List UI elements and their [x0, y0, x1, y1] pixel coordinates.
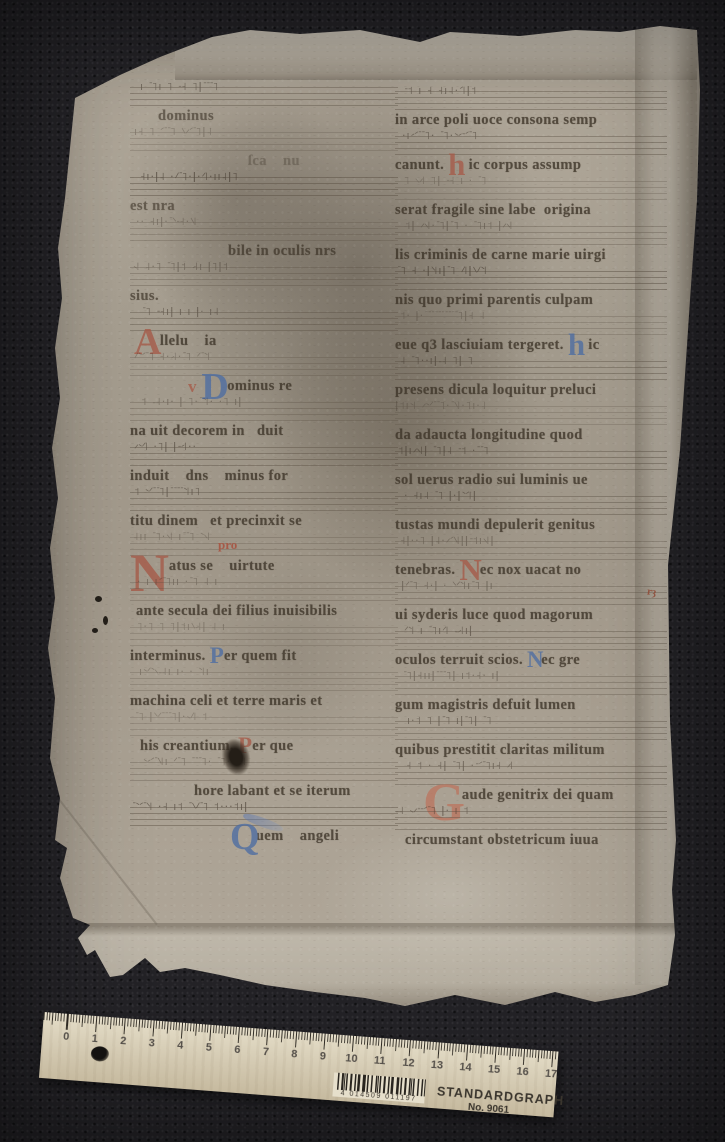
- ruler-number: 11: [373, 1054, 386, 1067]
- chant-text: atus se uirtute: [169, 558, 275, 574]
- dark-speck: [92, 628, 98, 633]
- music-staff: ˦· ǀ·˥˥˥˥˥˥˥˥˥˥˥ǀ˧ ˨: [395, 316, 667, 335]
- neume-notation: ˦ǀ ˨˦˨·˥˥ǀ˥˥ · ˥˥ı˦ ǀ˨˦˨: [395, 219, 677, 243]
- ruler-number: 0: [63, 1031, 70, 1043]
- music-staff: ˨ ˥˥··ıǀ˨˨ ˥ǀ ˥: [395, 361, 667, 380]
- illuminated-initial: N: [459, 554, 479, 572]
- neume-notation: ˦· ǀ·˥˥˥˥˥˥˥˥˥˥˥ǀ˧ ˨: [395, 309, 672, 333]
- dark-speck: [95, 596, 102, 602]
- dark-speck: [103, 616, 108, 625]
- neume-notation: ˥˥ ˧ ·ǀ˥˧ıǀ˥˥ ˨˥ǀ˥˨˥˦: [395, 264, 669, 288]
- chant-text: bile in oculis nrs: [228, 243, 336, 259]
- ruler-number: 3: [148, 1037, 155, 1049]
- chant-text: interminus.: [130, 648, 210, 664]
- neume-notation: · ˧ı˨ ˥˥ ǀ·ǀ˥˦˥ǀ: [395, 489, 676, 513]
- chant-text: circumstant obstetricum iuua: [405, 832, 599, 848]
- music-staff: ˧˨ ˨·˥ ˥˥ǀ˦ ˨˧ı ǀ˥ǀ˦: [130, 267, 398, 286]
- music-staff: ˧ı·ǀ˨ ·˨˥˥·ǀ·˧˥·ıı˨ǀ˥: [130, 177, 398, 196]
- music-staff: ˦ǀı˨˦˨ǀ ˥˥ǀ˨ ˦˦ ·˥˥˥: [395, 451, 667, 470]
- ruler-number: 15: [487, 1063, 500, 1076]
- ruler-model: No. 9061: [468, 1102, 510, 1116]
- neume-notation: ı˧ ˥ ˦˥˥˥ ˥˨˦˥˥ǀ˨: [130, 125, 402, 149]
- chant-text: ſca nu: [248, 153, 300, 169]
- music-staff: · ˧ı˨ ˥˥ ǀ·ǀ˥˦˥ǀ: [395, 496, 667, 515]
- parchment-bottom-fold: [55, 923, 680, 1005]
- chant-text: tenebras.: [395, 562, 459, 578]
- chant-text: est nra: [130, 198, 175, 214]
- chant-text: canunt.: [395, 157, 448, 173]
- chant-text: ec nox uacat no: [480, 562, 581, 578]
- neume-notation: ˦ ˦˧˥˥˥ǀ˥˥˥˥˥˦ı˥: [130, 485, 402, 509]
- neume-notation: ˨˦˧˥ ·˥ǀ ǀ˧˧˦··: [130, 440, 402, 464]
- neume-notation: · ı ı˦˥˥ıı ·˥˥ ˨ ı: [130, 575, 405, 599]
- music-staff: ·· ˧ıǀ·˥˥˧˧·˥˨: [130, 222, 398, 241]
- music-staff: ˦ǀ ˨˦˨·˥˥ǀ˥˥ · ˥˥ı˦ ǀ˨˦˨: [395, 226, 667, 245]
- music-staff: ˧ǀ··˥ ǀ˨·˨˦˥˨ǀǀ˦˦ı˦˨ǀ: [395, 541, 667, 560]
- neume-notation: ˨˨ ˧˨˦˦˦˥˥ ǀ· ı ˦: [395, 804, 667, 828]
- rubric-pro: pro: [218, 537, 237, 553]
- chant-text: presens dicula loquitur preluci: [395, 382, 596, 398]
- neume-notation: ı ˥˥ı ˥ ˧˧ ˥ǀ˥˥˥˥: [130, 80, 408, 104]
- music-staff: ˥˥ ǀ˥˧˥˥˥˥ǀ·˧˨˥ ˦: [130, 717, 398, 736]
- illuminated-initial: G: [423, 775, 462, 793]
- music-staff: ˦˦ ı ˧ ˧ı˨·˦˥ǀ˦: [395, 91, 667, 110]
- music-staff: ·ı˧˦˥˥˥· ˥˥·˦˧˦˦˥˥: [395, 136, 667, 155]
- neume-notation: ˦˧˦˥˥˨ı ˧˥˥ ˥˥˥˥· ˥˥· ı˦˨: [130, 755, 411, 779]
- music-staff: ˥˥ ˧ ·ǀ˥˧ıǀ˥˥ ˨˥ǀ˥˨˥˦: [395, 271, 667, 290]
- neume-notation: ˥˥ ǀ˥˧˥˥˥˥ǀ·˧˨˥ ˦: [130, 710, 403, 734]
- music-staff: ˦ ˨˨·ı· ǀ ˥·˥˥˦· ·˥ ıǀ: [130, 402, 398, 421]
- ruler: 01234567891011121314151617 4 014509 0111…: [39, 1012, 559, 1117]
- neume-notation: ı·˦ ˥ ǀ˥˥ ıǀ˥˥ǀ ˥˥: [395, 714, 679, 738]
- illuminated-initial: v: [188, 378, 197, 396]
- chant-text: titu dinem et precinxit se: [130, 513, 302, 529]
- ruler-number: 9: [319, 1050, 326, 1062]
- ruler-number: 16: [516, 1065, 529, 1078]
- neume-notation: ˥ ˦˨˦ ˥ǀ ˧˧ ı · ˥˥: [395, 174, 676, 198]
- music-staff: ˥˥ǀ˧ııǀ˥˥˥˥ǀ ı˦·˧· ıǀ: [395, 676, 667, 695]
- illuminated-initial: h: [448, 149, 468, 167]
- chant-text: aude genitrix dei quam: [462, 787, 614, 803]
- ruler-number: 12: [402, 1057, 415, 1070]
- chant-text-line: circumstant obstetricum iuua: [395, 830, 667, 853]
- chant-text: induit dns minus for: [130, 468, 288, 484]
- ruler-number: 1: [91, 1033, 98, 1045]
- chant-text: llelu ia: [160, 333, 217, 349]
- neume-notation: ǀ˦ı˦˧ ˨˦˧˥˥˥·˥˥˨·˥ı·˨: [395, 399, 667, 423]
- photo-scene: ı ˥˥ı ˥ ˧˧ ˥ǀ˥˥˥˥ dominusı˧ ˥ ˦˥˥˥ ˥˨˦˥˥…: [0, 0, 725, 1142]
- music-staff: ˥ ˦˨˦ ˥ǀ ˧˧ ı · ˥˥: [395, 181, 667, 200]
- ruler-number: 14: [459, 1061, 472, 1074]
- chant-column-right: ˦˦ ı ˧ ˧ı˨·˦˥ǀ˦ in arce poli uoce conson…: [395, 90, 667, 855]
- chant-text: eue q3 lasciuiam tergeret.: [395, 337, 568, 353]
- chant-text: tustas mundi depulerit genitus: [395, 517, 595, 533]
- music-staff: ı˦˧˥˦˨˨ı ı· · ˥˦ı: [130, 672, 398, 691]
- music-staff: ı·˦ ˥ ǀ˥˥ ıǀ˥˥ǀ ˥˥: [395, 721, 667, 740]
- music-staff: ˨ıı ˥˥·˦˨ ı˥˥˥ ˥˦˨: [130, 537, 398, 556]
- chant-text: nis quo primi parentis culpam: [395, 292, 593, 308]
- chant-system: ˨˨ ˧˨˦˦˦˥˥ ǀ· ı ˦circumstant obstetricum…: [395, 811, 667, 855]
- chant-text: dominus: [158, 108, 214, 124]
- illuminated-initial: P: [210, 644, 224, 662]
- chant-text: quibus prestitit claritas militum: [395, 742, 605, 758]
- music-staff: ˨˨ ˧˨˦˦˦˥˥ ǀ· ı ˦: [395, 811, 667, 830]
- music-staff: ˦ ˦˧˥˥˥ǀ˥˥˥˥˥˦ı˥: [130, 492, 398, 511]
- chant-text-line: Quem angeli: [130, 826, 398, 849]
- chant-text: ui syderis luce quod magorum: [395, 607, 593, 623]
- neume-notation: ˨ıı ˥˥·˦˨ ı˥˥˥ ˥˦˨: [130, 530, 401, 554]
- neume-notation: ı˦˧˥˦˨˨ı ı· · ˥˦ı: [130, 665, 407, 689]
- music-staff: · ı ı˦˥˥ıı ·˥˥ ˨ ı: [130, 582, 398, 601]
- marginal-note: rȝ: [646, 585, 657, 598]
- parchment-top-fold: [175, 24, 697, 80]
- music-staff: ǀ˦ı˦˧ ˨˦˧˥˥˥·˥˥˨·˥ı·˨: [395, 406, 667, 425]
- chant-text: na uit decorem in duit: [130, 423, 284, 439]
- chant-text: hore labant et se iterum: [194, 783, 351, 799]
- chant-text: gum magistris defuit lumen: [395, 697, 576, 713]
- neume-notation: ˧˥˦ ı ˥˥ı˧˥ ˨˨˧ıǀ: [395, 624, 676, 648]
- neume-notation: ˦ǀı˨˦˨ǀ ˥˥ǀ˨ ˦˦ ·˥˥˥: [395, 444, 670, 468]
- ruler-number: 2: [120, 1035, 127, 1047]
- ruler-number: 17: [544, 1068, 557, 1081]
- music-staff: ˥˥ ˧˧ıǀ ı ı ǀ· ı˨: [130, 312, 398, 331]
- illuminated-initial: A: [134, 323, 160, 341]
- chant-text: ominus re: [227, 378, 292, 394]
- ruler-number: 4: [177, 1039, 184, 1051]
- chant-text: er quem fit: [224, 648, 297, 664]
- ruler-number: 6: [234, 1044, 241, 1056]
- neume-notation: ˨˥˦˥˥ ˧·˨˧·˥˥ ˧˥˥˦: [130, 350, 402, 374]
- music-staff: ˨˥˦˥˥ ˧·˨˧·˥˥ ˧˥˥˦: [130, 357, 398, 376]
- ruler-number: 5: [205, 1042, 212, 1054]
- parchment-leaf: ı ˥˥ı ˥ ˧˧ ˥ǀ˥˥˥˥ dominusı˧ ˥ ˦˥˥˥ ˥˨˦˥˥…: [35, 20, 705, 1015]
- chant-text: ic: [588, 337, 599, 353]
- neume-notation: ˥˥ǀ˧ııǀ˥˥˥˥ǀ ı˦·˧· ıǀ: [395, 669, 675, 693]
- illuminated-initial: D: [201, 368, 227, 386]
- chant-text: in arce poli uoce consona semp: [395, 112, 597, 128]
- chant-text: sol uerus radio sui luminis ue: [395, 472, 588, 488]
- neume-notation: ˧ı·ǀ˨ ·˨˥˥·ǀ·˧˥·ıı˨ǀ˥: [130, 170, 408, 194]
- chant-text: lis criminis de carne marie uirgi: [395, 247, 606, 263]
- neume-notation: ǀ˧˥˥ ˧·ǀ · ˥˧˥˦ı˥˥ ǀı: [395, 579, 673, 603]
- chant-column-left: ı ˥˥ı ˥ ˧˧ ˥ǀ˥˥˥˥ dominusı˧ ˥ ˦˥˥˥ ˥˨˦˥˥…: [130, 86, 398, 851]
- chant-system: ˥˥˦˥˥˧ ·˧ ı˦ ˥˥˨˥˥ ˦···˦ıǀQuem angeli: [130, 807, 398, 851]
- neume-notation: ˨ ˥˥··ıǀ˨˨ ˥ǀ ˥: [395, 354, 672, 378]
- chant-text: machina celi et terre maris et: [130, 693, 323, 709]
- music-staff: ˦˧˦˥˥˨ı ˧˥˥ ˥˥˥˥· ˥˥· ı˦˨: [130, 762, 398, 781]
- ruler-number: 13: [430, 1059, 443, 1072]
- chant-text: uem angeli: [256, 828, 339, 844]
- chant-text: serat fragile sine labe origina: [395, 202, 591, 218]
- chant-text: da adaucta longitudine quod: [395, 427, 583, 443]
- music-staff: ˨˦˧˥ ·˥ǀ ǀ˧˧˦··: [130, 447, 398, 466]
- neume-notation: ·ı˧˦˥˥˥· ˥˥·˦˧˦˦˥˥: [395, 129, 674, 153]
- neume-notation: ·· ˧ıǀ·˥˥˧˧·˥˨: [130, 215, 404, 239]
- illuminated-initial: h: [568, 329, 588, 347]
- chant-text: ec gre: [541, 652, 580, 668]
- neume-notation: ˧ǀ··˥ ǀ˨·˨˦˥˨ǀǀ˦˦ı˦˨ǀ: [395, 534, 672, 558]
- music-staff: ǀ˧˥˥ ˧·ǀ · ˥˧˥˦ı˥˥ ǀı: [395, 586, 667, 605]
- music-staff: ˥·˥ ˥ ˥ǀ˦ı˥˨˧ǀ ˨ ı: [130, 627, 398, 646]
- illuminated-initial: N: [130, 546, 169, 564]
- ruler-number: 8: [291, 1048, 298, 1060]
- chant-text: ic corpus assump: [469, 157, 582, 173]
- chant-text: ante secula dei filius inuisibilis: [136, 603, 337, 619]
- barcode: 4 014509 011197: [332, 1072, 426, 1103]
- chant-text: er que: [252, 738, 293, 754]
- chant-text: oculos terruit scios.: [395, 652, 527, 668]
- neume-notation: ˥˥ ˧˧ıǀ ı ı ǀ· ı˨: [130, 305, 410, 329]
- music-staff: ı ˥˥ı ˥ ˧˧ ˥ǀ˥˥˥˥: [130, 87, 398, 106]
- neume-notation: ˧˨ ˨·˥ ˥˥ǀ˦ ˨˧ı ǀ˥ǀ˦: [130, 260, 401, 284]
- music-staff: ı˧ ˥ ˦˥˥˥ ˥˨˦˥˥ǀ˨: [130, 132, 398, 151]
- illuminated-initial: N: [527, 648, 541, 666]
- ruler-hole: [90, 1046, 109, 1062]
- ruler-number: 10: [345, 1052, 358, 1065]
- neume-notation: ˥·˥ ˥ ˥ǀ˦ı˥˨˧ǀ ˨ ı: [130, 620, 405, 644]
- neume-notation: ˦ ˨˨·ı· ǀ ˥·˥˥˦· ·˥ ıǀ: [130, 395, 409, 419]
- chant-text: sius.: [130, 288, 159, 304]
- neume-notation: ˦˦ ı ˧ ˧ı˨·˦˥ǀ˦: [395, 84, 676, 108]
- ruler-number: 7: [262, 1046, 269, 1058]
